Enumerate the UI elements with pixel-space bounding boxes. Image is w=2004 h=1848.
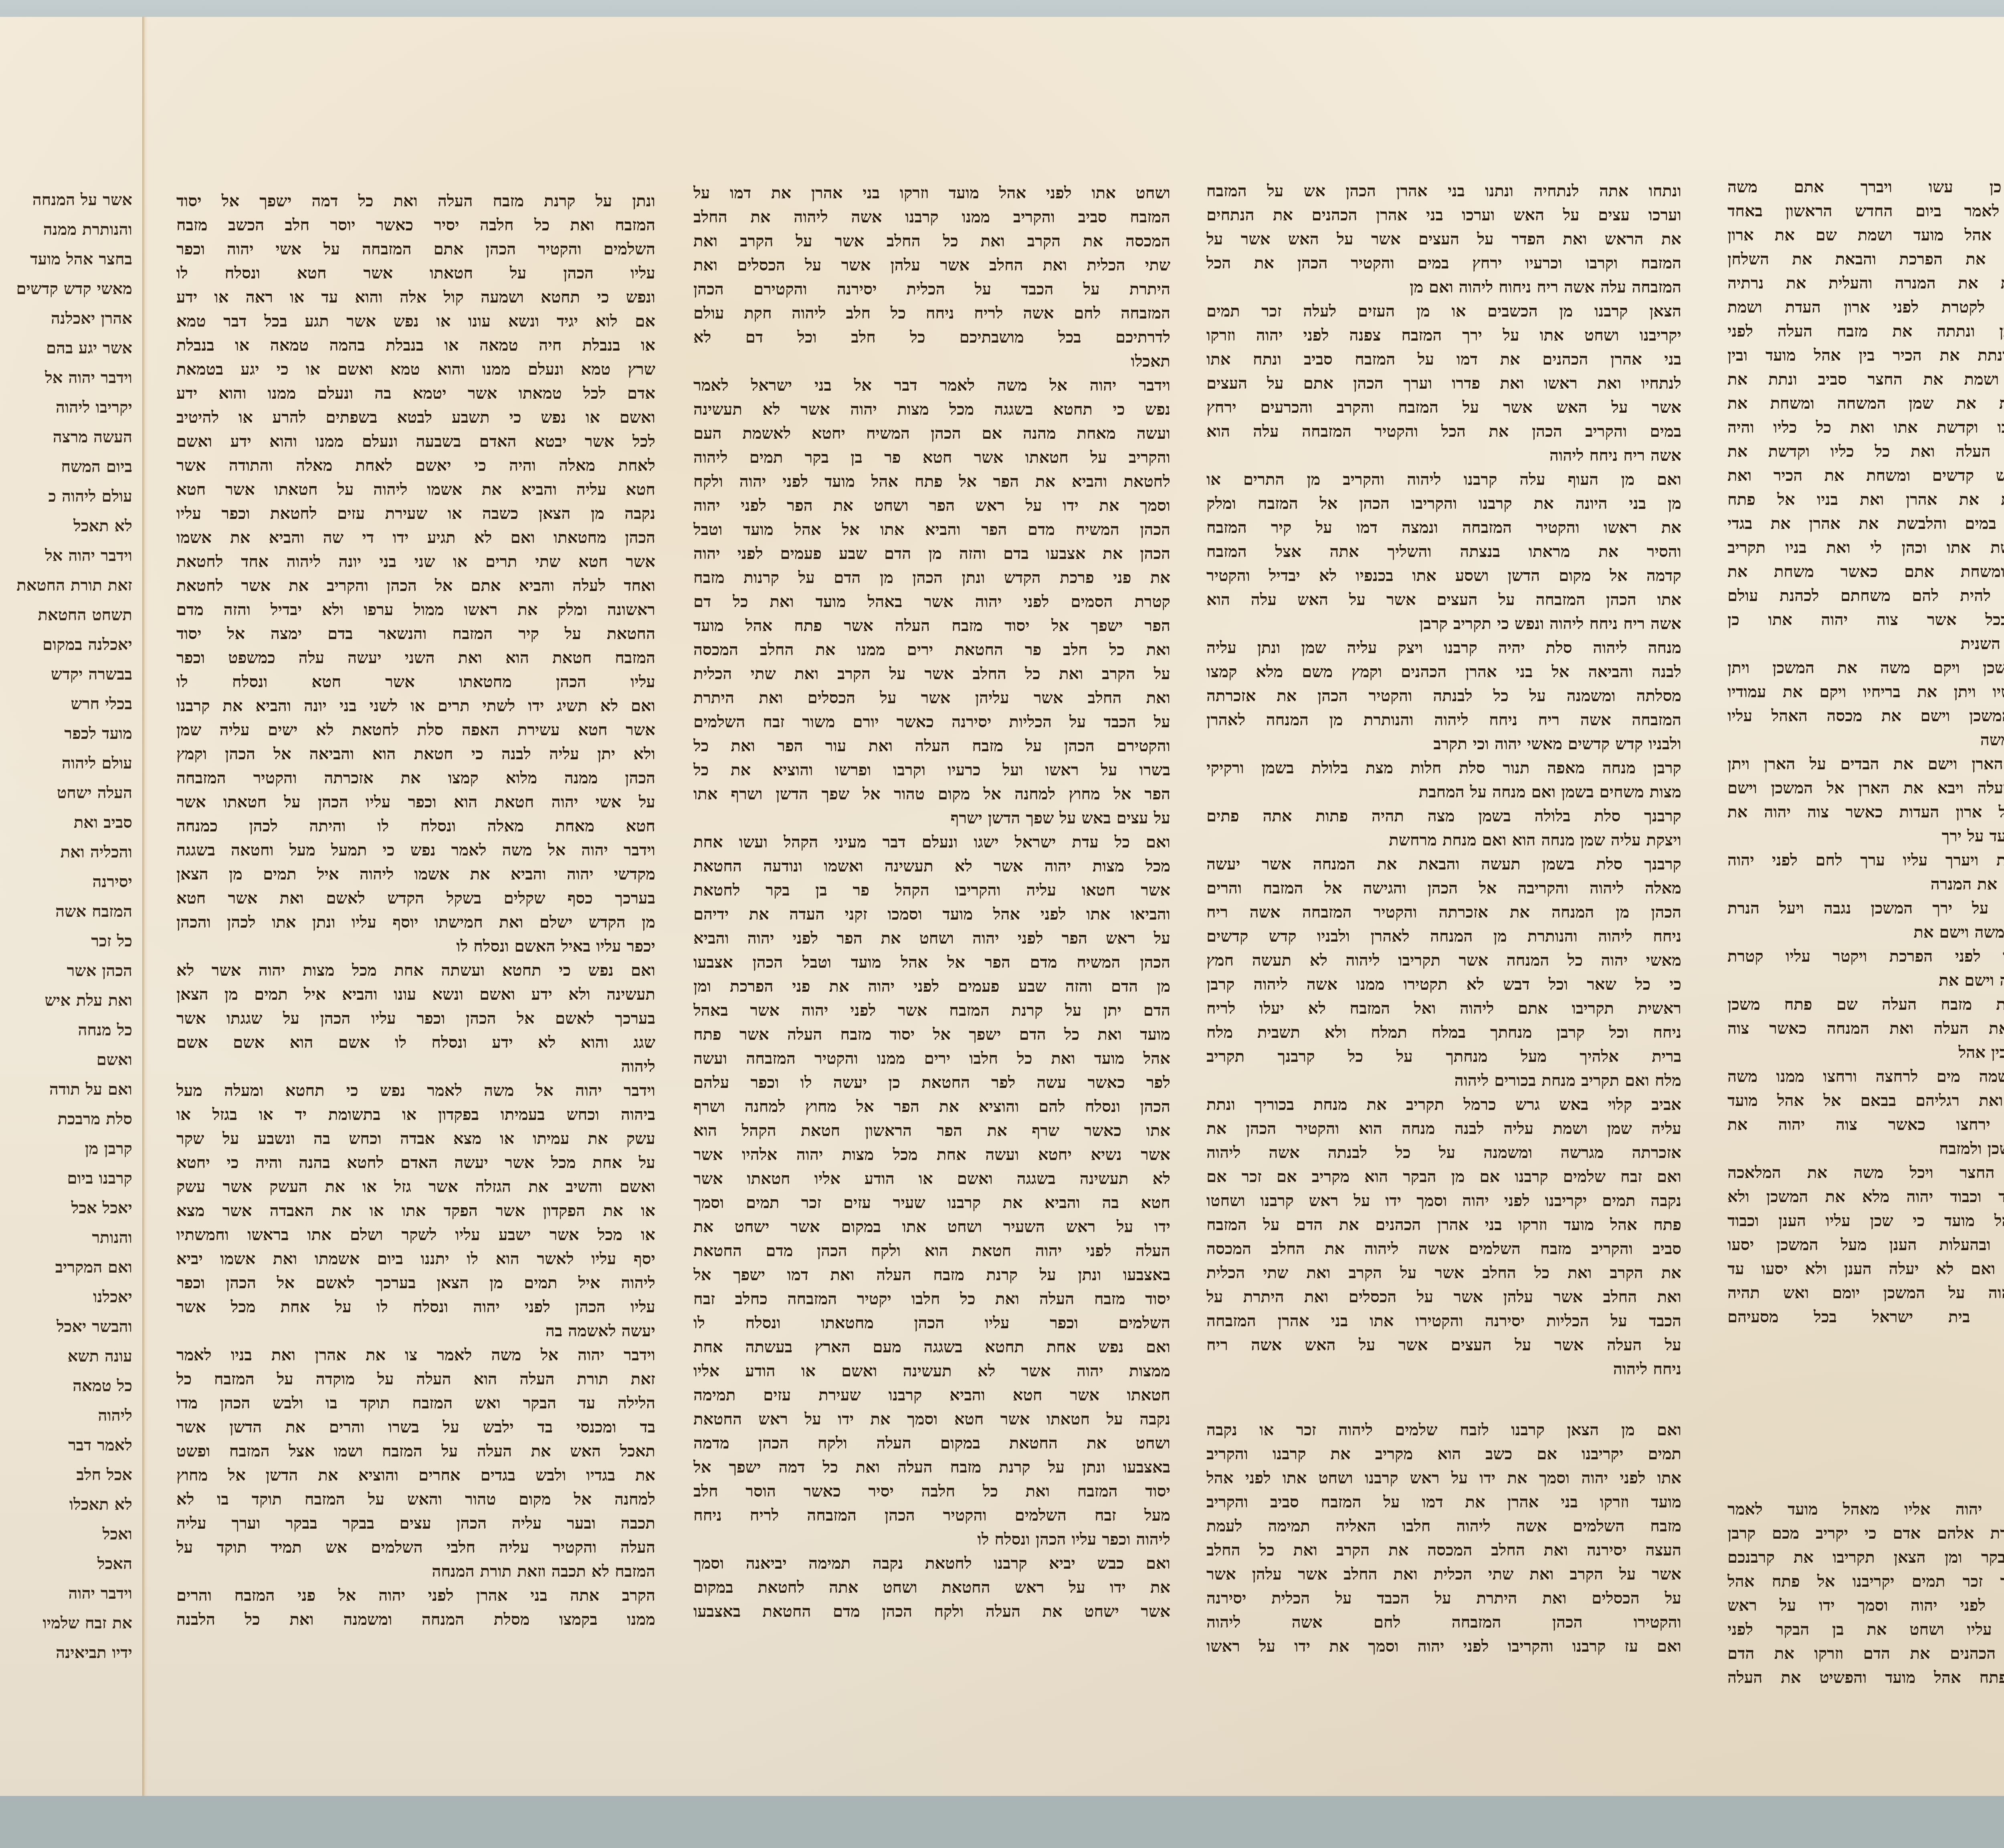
text-line: מאלה ליהוה והקריבה אל הכהן והגישה אל המז…	[1206, 876, 1681, 900]
text-line: סביב והקריב מזבח השלמים אשה ליהוה את החל…	[1206, 1237, 1681, 1261]
text-line: קרבנו ביום	[0, 1164, 132, 1193]
text-line: כל טמאה	[0, 1371, 132, 1401]
text-line: ואם לא תשיג ידו לשתי תרים או לשני בני יו…	[176, 694, 655, 718]
text-line: ואם עז קרבנו והקריבו לפני יהוה וסמך את י…	[1206, 1634, 1681, 1658]
text-line: על העלה אשר על העצים אשר על האש אשה ריח	[1206, 1333, 1681, 1357]
text-line: ואם המקריב	[0, 1253, 132, 1282]
text-line: את בגדיו ולבש בגדים אחרים והוציא את הדשן…	[176, 1463, 655, 1487]
column-text: כאשר צוה יהוה כן עשו ויברך אתם משהוידבר …	[1727, 175, 2004, 1698]
text-line: לחטאת והביא את הפר אל פתח אהל מועד לפני …	[693, 470, 1170, 494]
text-line: את ראשו והקטיר המזבחה ונמצה דמו על קיר ה…	[1206, 516, 1681, 540]
text-line: חטא בה והביא את קרבנו שעיר עזים זכר תמים…	[693, 1191, 1170, 1215]
text-line: יכל משה לבוא אל אהל מועד כי שכן עליו הענ…	[1727, 1209, 2004, 1233]
torah-scroll-parchment: אשר על המנחהוהנותרת ממנהבחצר אהל מועדמאש…	[0, 17, 2004, 1796]
text-line: המזבח ונתת שם מים ושמת את החצר סביב ונתת…	[1727, 367, 2004, 391]
text-line: עליו הכהן מחטאתו אשר חטא ונסלח לו	[176, 670, 655, 694]
text-line: ואם מן העוף עלה קרבנו ליהוה והקריב מן הת…	[1206, 468, 1681, 492]
text-line: או את הפקדון אשר הפקד אתו או את האבדה אש…	[176, 1199, 655, 1223]
text-line: ונתתה את מזבח הזהב לקטרת לפני ארון העדת …	[1727, 295, 2004, 319]
text-line: המזבח ואת כל חלבה יסיר כאשר יוסר חלב הכש…	[176, 213, 655, 237]
text-line: בחצר אהל מועד	[0, 244, 132, 274]
text-line: עולם ליהוה	[0, 748, 132, 778]
text-line: וערכו עצים על האש וערכו בני אהרן הכהנים …	[1206, 203, 1681, 227]
text-line: באחד לחדש הוקם המשכן ויקם משה את המשכן ו…	[1727, 656, 2004, 680]
text-line: ואחד לעלה והביא אתם אל הכהן והקריב את אש…	[176, 574, 655, 598]
text-line: ניחח ליהוה והנותרת מן המנחה לאהרן ולבניו…	[1206, 924, 1681, 948]
text-line: קרבן מן	[0, 1134, 132, 1164]
text-line: קדש ומשחת את מזבח העלה ואת כל כליו וקדשת…	[1727, 440, 2004, 464]
text-line: תמים יקריבנו אם כשב הוא מקריב את קרבנו ו…	[1206, 1442, 1681, 1466]
text-line: ונתן על קרנת מזבח העלה ואת כל דמה ישפך א…	[176, 189, 655, 213]
text-line: אשר חטא שתי תרים או שני בני יונה ליהוה א…	[176, 550, 655, 574]
text-line: נקבה תמים יקריבנו לפני יהוה וסמך ידו על …	[1206, 1189, 1681, 1213]
text-line: אהרן יאכלנה	[0, 304, 132, 333]
text-line: על הכסלים ואת היתרת על הכבד על הכלית יסי…	[1206, 1586, 1681, 1610]
text-line: פתח משכן אהל מועד ונתת את הכיר בין אהל מ…	[1727, 343, 2004, 367]
text-line: השלמים וכפר עליו הכהן מחטאתו ונסלח לו	[693, 1311, 1170, 1335]
text-line: אהל מועד ורחצת אתם במים והלבשת את אהרן א…	[1727, 512, 2004, 536]
book-break-gap	[1727, 1329, 2004, 1497]
text-line: לדרתיכם בכל מושבתיכם כל חלב וכל דם לא	[693, 325, 1170, 349]
text-line: על אשי יהוה חטאת הוא וכפר עליו הכהן על ח…	[176, 790, 655, 814]
text-line: על המזבח סביב אשר פתח אהל מועד והפשיט את…	[1727, 1666, 2004, 1690]
text-line: יאכל אכל	[0, 1193, 132, 1223]
text-line: על אחת מכל אשר יעשה האדם לחטא בהנה והיה …	[176, 1151, 655, 1175]
text-line: ויקרא אל משה וידבר יהוה אליו מאהל מועד ל…	[1727, 1497, 2004, 1521]
text-line: העצה יסירנה ואת החלב המכסה את הקרב ואת כ…	[1206, 1538, 1681, 1562]
text-line: מכל מצות יהוה אשר לא תעשינה ואשמו ונודעה…	[693, 854, 1170, 878]
text-line: את הראש ואת הפדר על העצים אשר על האש אשר…	[1206, 227, 1681, 251]
text-line: תעשינה ולא ידע ואשם ונשא עונו והביא איל …	[176, 983, 655, 1007]
text-line: אתו לפני יהוה וסמך את ידו על ראש קרבנו ו…	[1206, 1466, 1681, 1490]
background-wall-bottom	[0, 1792, 2004, 1848]
text-line: משה ויקם את החצר סביב למשכן ולמזבח	[1727, 1137, 2004, 1161]
text-line: יסוד המזבח ואת כל חלבה יסיר כאשר הוסר חל…	[693, 1479, 1170, 1503]
text-line: וידבר יהוה אל	[0, 363, 132, 393]
text-line: סמים כאשר צוה יהוה את משה וישם את	[1727, 968, 2004, 993]
text-line: חטא מאחת מאלה ונסלח לו והיתה לכהן כמנחה	[176, 814, 655, 838]
text-line: אהל מועד ויעל עליו את העלה ואת המנחה כאש…	[1727, 1017, 2004, 1041]
text-line: ויכס הענן את אהל מועד וכבוד יהוה מלא את …	[1727, 1185, 2004, 1209]
text-line: ליהוה	[176, 1055, 655, 1079]
text-line: אם עלה קרבנו מן הבקר זכר תמים יקריבנו אל…	[1727, 1570, 2004, 1594]
section-gap	[1206, 1381, 1681, 1418]
text-line: יהוה והקריבו בני אהרן הכהנים את הדם וזרק…	[1727, 1642, 2004, 1666]
text-line: מועד ואת כל הדם ישפך אל יסוד מזבח העלה א…	[693, 1023, 1170, 1047]
text-line: ואם על תודה	[0, 1075, 132, 1104]
text-line: אשר חטאו עליה והקריבו הקהל פר בן בקר לחט…	[693, 878, 1170, 902]
text-line: הכהן ממנה מלוא קמצו את אזכרתה והקטיר המז…	[176, 766, 655, 790]
text-line: קרבנך סלת בשמן תעשה והבאת את המנחה אשר י…	[1206, 852, 1681, 876]
text-line: והלבשת אתם כתנת ומשחת אתם כאשר משחת את	[1727, 560, 2004, 584]
text-line: העלה ישחט	[0, 778, 132, 808]
text-line: אם לוא יגיד ונשא עונו או נפש אשר תגע בכל…	[176, 309, 655, 333]
text-line: המזבחה עלה אשה ריח ניחוח ליהוה ואם מן	[1206, 275, 1681, 299]
text-line: קדמה אל מקום הדשן ושסע אתו בכנפיו לא יבד…	[1206, 564, 1681, 588]
text-line: ולבניו קדש קדשים מאשי יהוה וכי תקרב	[1206, 732, 1681, 756]
column-text: ונתן על קרנת מזבח העלה ואת כל דמה ישפך א…	[176, 189, 655, 1704]
text-line: עולם ליהוה כ	[0, 482, 132, 511]
text-line: העשה מרצה	[0, 422, 132, 452]
text-line: אביב קלוי באש גרש כרמל תקריב את מנחת בכו…	[1206, 1093, 1681, 1117]
text-line: כאשר צוה יהוה את משה וישם את המנרה	[1727, 872, 2004, 896]
text-line: שגג והוא לא ידע ונסלח לו אשם הוא אשם אשם	[176, 1031, 655, 1055]
text-line: והביאו אתו לפני אהל מועד וסמכו זקני העדה…	[693, 902, 1170, 926]
text-line: ואכל	[0, 1519, 132, 1549]
text-line: לפר כאשר עשה לפר החטאת כן יעשה לו וכפר ע…	[693, 1071, 1170, 1095]
text-line: ביהוה וכחש בעמיתו בפקדון או בתשומת יד או…	[176, 1103, 655, 1127]
text-line: עשה ויהי בחדש הראשון בשנה השנית	[1727, 632, 2004, 656]
text-line: יהוה מלא את המשכן ובהעלות הענן מעל המשכן…	[1727, 1233, 2004, 1257]
text-line: על הקרב ואת כל החלב אשר על הקרב ואת שתי …	[693, 662, 1170, 686]
text-line: מסלתה ומשמנה על כל לבנתה והקטיר הכהן את …	[1206, 684, 1681, 708]
text-line: משה ויתן את השלחן באהל מועד על ירך	[1727, 824, 2004, 848]
text-line: הלילה עד הבקר ואש המזבח תוקד בו ולבש הכה…	[176, 1391, 655, 1415]
text-line: ושחט אתו לפני אהל מועד וזרקו בני אהרן את…	[693, 181, 1170, 205]
text-line: את פרכת המסך ויסך על ארון העדות כאשר צוה…	[1727, 800, 2004, 824]
text-line: חטא עליה והביא את אשמו ליהוה על חטאתו אש…	[176, 478, 655, 502]
text-line: ואהרן ובניו את ידיהם ואת רגליהם בבאם אל …	[1727, 1089, 2004, 1113]
text-line: מקדשי יהוה והביא את אשמו ליהוה איל תמים …	[176, 862, 655, 886]
text-line: את ידו על ראש החטאת ושחט אתה לחטאת במקום	[693, 1576, 1170, 1600]
text-line: אכל חלב	[0, 1460, 132, 1490]
text-line: מאשי יהוה כל המנחה אשר תקריבו ליהוה לא ת…	[1206, 948, 1681, 972]
text-line: דבר אל בני ישראל ואמרת אלהם אדם כי יקריב…	[1727, 1521, 2004, 1545]
text-line: כל מנחה	[0, 1015, 132, 1045]
text-line: שתי הכלית ואת החלב אשר עלהן אשר על הכסלי…	[693, 253, 1170, 277]
text-line: ממצות יהוה אשר לא תעשינה ואשם או הודע אל…	[693, 1359, 1170, 1383]
text-line: המזבחה אשה ריח ניחח ליהוה והנותרת מן המנ…	[1206, 708, 1681, 732]
text-line: הכהן מחטאתו ואם לא תגיע ידו די שה והביא …	[176, 526, 655, 550]
text-line: את אדניו וישם את קרשיו ויתן את בריחיו וי…	[1727, 680, 2004, 704]
text-line: ונפש כי תחטא ושמעה קול אלה והוא עד או רא…	[176, 285, 655, 309]
text-line: וערכת את ערכו והבאת את המנרה והעלית את נ…	[1727, 271, 2004, 295]
text-line: אשר על הקרב ואת שתי הכלית ואת החלב אשר ע…	[1206, 1562, 1681, 1586]
text-line: אשר חטא עשירת האפה סלת לחטאת לא ישים עלי…	[176, 718, 655, 742]
text-line: הכהן מן המנחה את אזכרתה והקטיר המזבחה אש…	[1206, 900, 1681, 924]
text-line: ויפרש את האהל על המשכן וישם את מכסה האהל…	[1727, 704, 2004, 728]
text-line: הכהן המשיח מדם הפר והביא אתו אל אהל מועד…	[693, 518, 1170, 542]
text-line: אשה ריח ניחח ליהוה	[1206, 444, 1681, 468]
text-line: וידבר יהוה אל משה לאמר צו את אהרן ואת בנ…	[176, 1343, 655, 1367]
text-line: מועד לכפר	[0, 719, 132, 748]
text-line: יאכלנה במקום	[0, 630, 132, 660]
text-line: יקריבנו ושחט אתו על ירך המזבח צפנה לפני …	[1206, 323, 1681, 347]
text-line: הכהן המשיח מדם הפר אל אהל מועד וטבל הכהן…	[693, 950, 1170, 974]
column-far-left-partial: אשר על המנחהוהנותרת ממנהבחצר אהל מועדמאש…	[0, 185, 132, 1700]
text-line: בשרו על ראשו ועל כרעיו וקרבו ופרשו והוצי…	[693, 758, 1170, 782]
text-line: יסירנה	[0, 867, 132, 897]
text-line: מן הקדש ישלם ואת חמישתו יוסף עליו ונתן א…	[176, 910, 655, 934]
text-line: מן הדם והזה שבע פעמים לפני יהוה את פני ה…	[693, 974, 1170, 999]
text-line: כל זכר	[0, 926, 132, 956]
text-line: המזבח והיה המזבח קדש קדשים ומשחת את הכיר…	[1727, 464, 2004, 488]
text-line: יום העלתו כי ענן יהוה על המשכן יומם ואש …	[1727, 1281, 2004, 1305]
text-line: לאחת מאלה והיה כי יאשם לאחת מאלה והתודה …	[176, 454, 655, 478]
text-line: ניחח ליהוה	[1206, 1357, 1681, 1381]
text-line: בני אהרן הכהנים את דמו על המזבח סביב ונת…	[1206, 347, 1681, 371]
text-line: מועד יקריב אתו לרצנו לפני יהוה וסמך ידו …	[1727, 1594, 2004, 1618]
text-line: מועד ובין המזבח ויתן שמה מים לרחצה ורחצו…	[1727, 1065, 2004, 1089]
text-line: והסיר את מראתו בנצתה והשליך אתה אצל המזב…	[1206, 540, 1681, 564]
text-line: וידבר יהוה	[0, 1579, 132, 1608]
text-line: זאת תורת החטאת	[0, 571, 132, 600]
text-line: אדם לכל טמאתו אשר יטמא בה ונעלם ממנו והו…	[176, 381, 655, 406]
text-line: המזבח חטאת הוא ואת השני יעשה עלה כמשפט ו…	[176, 646, 655, 670]
text-line: ואם כל עדת ישראל ישגו ונעלם דבר מעיני הק…	[693, 830, 1170, 854]
text-line: ואשם והשיב את הגזלה אשר גזל או את העשק א…	[176, 1175, 655, 1199]
text-line: ליהוה איל תמים מן הצאן בערכך לאשם אל הכה…	[176, 1271, 655, 1295]
text-line: מאשי קדש קדשים	[0, 274, 132, 304]
text-line: קטרת הסמים לפני יהוה אשר באהל מועד ואת כ…	[693, 590, 1170, 614]
text-line: לא תאכל	[0, 511, 132, 541]
text-line: הדם יתן על קרנת המזבח אשר לפני יהוה אשר …	[693, 999, 1170, 1023]
text-line: ובקרבתם אל המזבח ירחצו כאשר צוה יהוה את	[1727, 1113, 2004, 1137]
text-line: אהל מועד ואת כל חלבו ירים ממנו והקטיר המ…	[693, 1047, 1170, 1071]
text-line: המזבח לא תכבה וזאת תורת המנחה	[176, 1560, 655, 1584]
text-line: ויתן את מסך שער החצר ויכל משה את המלאכה	[1727, 1161, 2004, 1185]
text-line: שרץ טמא ונעלם ממנו והוא טמא ואשם או כי י…	[176, 357, 655, 381]
text-line: מן בני היונה את קרבנו והקריבו הכהן אל המ…	[1206, 492, 1681, 516]
text-line: ויצקת עליה שמן מנחה הוא ואם מנחת מרחשת	[1206, 828, 1681, 852]
text-line: נקבה על חטאתו אשר חטא וסמך את ידו על ראש…	[693, 1407, 1170, 1431]
text-line: לילה בו לעיני כל בית ישראל בכל מסעיהם	[1727, 1305, 2004, 1329]
text-line: ליהוה וכפר עליו הכהן ונסלח לו	[693, 1527, 1170, 1551]
text-line: העלה ונרצה לו לכפר עליו ושחט את בן הבקר …	[1727, 1618, 2004, 1642]
text-line: יסוד מזבח העלה ואת כל חלבו יקטיר המזבחה …	[693, 1287, 1170, 1311]
text-line: את הקרב ואת כל החלב אשר על הקרב ואת שתי …	[1206, 1261, 1681, 1285]
text-line: יהוה את משה וישם את הכיר בין אהל	[1727, 1041, 2004, 1065]
text-line: המזבח סביב והקריב ממנו קרבנו אשה ליהוה א…	[693, 205, 1170, 229]
text-line: לאמר דבר	[0, 1430, 132, 1460]
text-line: ידו על ראש השעיר ושחט אתו במקום אשר ישחט…	[693, 1215, 1170, 1239]
text-line: את מסך הפתח למשכן ונתתה את מזבח העלה לפנ…	[1727, 319, 2004, 343]
text-line: ונתחו אתה לנתחיה ונתנו בני אהרן הכהן אש …	[1206, 179, 1681, 203]
text-line: הכהן אשר	[0, 956, 132, 986]
text-line: את זבח שלמיו	[0, 1608, 132, 1638]
text-line: באהל מועד נכח השלחן על ירך המשכן נגבה וי…	[1727, 896, 2004, 920]
text-line: אתו כאשר שרף את הפר הראשון חטאת הקהל הוא	[693, 1119, 1170, 1143]
text-line: בערכך כסף שקלים בשקל הקדש לאשם ואת אשר ח…	[176, 886, 655, 910]
text-line: תשחט החטאת	[0, 600, 132, 630]
text-line: הצאן קרבנו מן הכשבים או מן העזים לעלה זכ…	[1206, 299, 1681, 323]
text-line: ואשם	[0, 1045, 132, 1075]
text-line: כאשר צוה יהוה כן עשו ויברך אתם משה	[1727, 175, 2004, 199]
text-line: ואת כל חלב פר החטאת ירים ממנו את החלב המ…	[693, 638, 1170, 662]
column-text: ושחט אתו לפני אהל מועד וזרקו בני אהרן את…	[693, 181, 1170, 1704]
text-line: אשר ישחט את העלה ולקח הכהן מדם החטאת באצ…	[693, 1600, 1170, 1624]
text-line: ידיו תביאינה	[0, 1638, 132, 1668]
text-line: ליהוה	[0, 1401, 132, 1430]
text-line: מצות משחים בשמן ואם מנחה על המחבת	[1206, 780, 1681, 804]
text-line: אזכרתה מגרשה ומשמנה על כל לבנתה אשה ליהו…	[1206, 1141, 1681, 1165]
text-line: מעל זבח השלמים והקטיר הכהן המזבחה לריח נ…	[693, 1503, 1170, 1527]
text-line: למחנה אל מקום טהור והאש על המזבח תוקד בו…	[176, 1487, 655, 1511]
text-line: ניחח וכל קרבן מנחתך במלח תמלח ולא תשבית …	[1206, 1021, 1681, 1045]
text-line: וידבר יהוה אל משה לאמר נפש כי תחטא ומעלה…	[176, 1079, 655, 1103]
text-line: לא תאכלו	[0, 1490, 132, 1519]
text-line: נפש כי תחטא בשגגה מכל מצות יהוה אשר לא ת…	[693, 397, 1170, 422]
text-line: אשר על האש אשר על המזבח והקרב והכרעים יר…	[1206, 395, 1681, 420]
text-line: עליו הכהן על חטאתו אשר חטא ונסלח לו	[176, 261, 655, 285]
text-line: חטאתו אשר חטא והביא קרבנו שעירת עזים תמי…	[693, 1383, 1170, 1407]
text-line: מנחה ליהוה סלת יהיה קרבנו ויצק עליה שמן …	[1206, 636, 1681, 660]
text-line: היתרת על הכבד על הכלית יסירנה והקטירם הכ…	[693, 277, 1170, 301]
text-line: את הכפרת על הארן מלמעלה ויבא את הארן אל …	[1727, 776, 2004, 800]
text-line: מסך הפתח למשכן ואת מזבח העלה שם פתח משכן	[1727, 993, 2004, 1017]
text-line: ראשית תקריבו אתם ליהוה ואל המזבח לא יעלו…	[1206, 997, 1681, 1021]
text-line: לא תעשינה בשגגה ואשם או הודע אליו חטאתו …	[693, 1167, 1170, 1191]
text-line: ממנו בקמצו מסלת המנחה ומשמנה ואת כל הלבנ…	[176, 1608, 655, 1632]
text-line: את פני פרכת הקדש ונתן הכהן מן הדם על קרנ…	[693, 566, 1170, 590]
text-line: העלה לפני יהוה חטאת הוא ולקח הכהן מדם הח…	[693, 1239, 1170, 1263]
text-line: זאת תורת העלה הוא העלה על מוקדה על המזבח…	[176, 1367, 655, 1391]
text-line: ועשה מאחת מהנה אם הכהן המשיח יחטא לאשמת …	[693, 422, 1170, 446]
text-line: הפר ישפך אל יסוד מזבח העלה אשר פתח אהל מ…	[693, 614, 1170, 638]
text-line: מלמעלה כאשר צוה יהוה את משה	[1727, 728, 2004, 752]
text-line: קרבן מנחה מאפה תנור סלת חלות מצת בלולת ב…	[1206, 756, 1681, 780]
text-line: על הכבד על הכליות יסירנה כאשר יורם משור …	[693, 710, 1170, 734]
text-line: אשה ריח ניחח ליהוה ונפש כי תקריב קרבן	[1206, 612, 1681, 636]
text-line: ליהוה מן הבהמה מן הבקר ומן הצאן תקריבו א…	[1727, 1545, 2004, 1570]
text-line: תאכל האש את העלה על המזבח ושמו אצל המזבח…	[176, 1439, 655, 1463]
text-line: הכבד על הכליות יסירנה והקטירו אתו בני אה…	[1206, 1309, 1681, 1333]
text-line: סלת מרבכת	[0, 1104, 132, 1134]
text-line: העדות וסכת על הארן את הפרכת והבאת את השל…	[1727, 247, 2004, 271]
text-line: וסמך את ידו על ראש הפר ושחט את הפר לפני …	[693, 494, 1170, 518]
text-line: המשכן ואת כל אשר בו וקדשת אתו ואת כל כלי…	[1727, 416, 2004, 440]
text-line: וידבר יהוה אל משה לאמר ביום החדש הראשון …	[1727, 199, 2004, 223]
text-line: כי כל שאר וכל דבש לא תקטירו ממנו אשה ליה…	[1206, 972, 1681, 997]
text-line: והקטירם הכהן על מזבח העלה ואת עור הפר וא…	[693, 734, 1170, 758]
text-line: מזבח השלמים אשה ליהוה חלבו האליה תמימה ל…	[1206, 1514, 1681, 1538]
text-line: החטאת על קיר המזבח והנשאר בדם ימצה אל יס…	[176, 622, 655, 646]
text-line: לחדש תקים את משכן אהל מועד ושמת שם את אר…	[1727, 223, 2004, 247]
text-line: פתח אהל מועד וזרקו בני אהרן הכהנים את הד…	[1206, 1213, 1681, 1237]
text-line: ושחט את החטאת במקום העלה ולקח הכהן מדמה	[693, 1431, 1170, 1455]
text-line: מלח ואם תקריב מנחת בכורים ליהוה	[1206, 1069, 1681, 1093]
text-line: מסך שער החצר ולקחת את שמן המשחה ומשחת את	[1727, 391, 2004, 416]
text-line: וידבר יהוה אל	[0, 541, 132, 571]
text-line: הקדש ומשחת אתו וקדשת אתו וכהן לי ואת בני…	[1727, 536, 2004, 560]
text-line: אשר על המנחה	[0, 185, 132, 215]
text-line: ואם נפש כי תחטא ועשתה אחת מכל מצות יהוה …	[176, 958, 655, 983]
text-line: אשר יגע בהם	[0, 333, 132, 363]
text-line: יסף עליו לאשר הוא לו יתננו ביום אשמתו וא…	[176, 1247, 655, 1271]
text-line: או מכל אשר ישבע עליו לשקר ושלם אתו בראשו…	[176, 1223, 655, 1247]
text-line: נקבה מן הצאן כשבה או שעירת עזים לחטאת וכ…	[176, 502, 655, 526]
text-line: האכל	[0, 1549, 132, 1579]
text-line: ואם נפש אחת תחטא בשגגה מעם הארץ בעשתה אח…	[693, 1335, 1170, 1359]
text-line: המשכן צפנה מחוץ לפרכת ויערך עליו ערך לחם…	[1727, 848, 2004, 872]
text-line: והקריב על חטאתו אשר חטא פר בן בקר תמים ל…	[693, 446, 1170, 470]
column-text: ונתחו אתה לנתחיה ונתנו בני אהרן הכהן אש …	[1206, 179, 1681, 1702]
text-line: על ראש הפר לפני יהוה ושחט את הפר לפני יה…	[693, 926, 1170, 950]
text-line: אתו הכהן המזבחה על העצים אשר על האש עלה …	[1206, 588, 1681, 612]
text-line: הפר אל מחוץ למחנה אל מקום טהור אל שפך הד…	[693, 782, 1170, 806]
text-line: יאכלנו	[0, 1282, 132, 1312]
text-line: לפני יהוה כאשר צוה יהוה את משה וישם את	[1727, 920, 2004, 944]
text-line: לבנה והביאה אל בני אהרן הכהנים וקמץ משם …	[1206, 660, 1681, 684]
text-line: יקריבו ליהוה	[0, 393, 132, 422]
text-line: אביהם וכהנו לי והיתה להית להם משחתם לכהנ…	[1727, 584, 2004, 608]
text-line: לנתחיו ואת ראשו ואת פדרו וערך הכהן אתם ע…	[1206, 371, 1681, 395]
text-line: והנותר	[0, 1223, 132, 1253]
text-line: באצבעו ונתן על קרנת מזבח העלה ואת דמו יש…	[693, 1263, 1170, 1287]
text-line: וידבר יהוה אל משה לאמר נפש כי תמעל מעל ו…	[176, 838, 655, 862]
text-line: קרבנך סלת בלולה בשמן מצה תהיה פתות אתה פ…	[1206, 804, 1681, 828]
text-line: עשק את עמיתו או מצא אבדה וכחש בה ונשבע ע…	[176, 1127, 655, 1151]
text-line: ואם זבח שלמים קרבנו אם מן הבקר הוא מקריב…	[1206, 1165, 1681, 1189]
text-line: והכליה ואת	[0, 837, 132, 867]
text-line: השלמים והקטיר הכהן אתם המזבחה על אשי יהו…	[176, 237, 655, 261]
text-line: מזבח הזהב באהל מועד לפני הפרכת ויקטר עלי…	[1727, 944, 2004, 968]
text-line: על עצים באש על שפך הדשן ישרף	[693, 806, 1170, 830]
text-line: אשר נשיא יחטא ועשה אחת מכל מצות יהוה אלה…	[693, 1143, 1170, 1167]
text-line: באצבעו ונתן על קרנת מזבח העלה ואת כל דמה…	[693, 1455, 1170, 1479]
text-line: המזבח אשה	[0, 897, 132, 926]
text-line: עונה תשא	[0, 1342, 132, 1371]
text-line: יכפר עליו באיל האשם ונסלח לו	[176, 934, 655, 958]
text-line: יעשה לאשמה בה	[176, 1319, 655, 1343]
text-line: הקרב אתה בני אהרן לפני יהוה אל פני המזבח…	[176, 1584, 655, 1608]
text-line: והבשר יאכל	[0, 1312, 132, 1342]
text-line: המזבחה לחם אשה לריח ניחח כל חלב ליהוה חק…	[693, 301, 1170, 325]
text-line: מועד וזרקו בני אהרן את דמו על המזבח סביב…	[1206, 1490, 1681, 1514]
text-line: ואם כבש יביא קרבנו לחטאת נקבה תמימה יביא…	[693, 1551, 1170, 1576]
text-line: ולא יתן עליה לבנה כי חטאת הוא והביאה אל …	[176, 742, 655, 766]
text-line: ואשם או נפש כי תשבע לבטא בשפתים להרע או …	[176, 406, 655, 430]
text-line: עליה שמן ושמת עליה לבנה מנחה הוא והקטיר …	[1206, 1117, 1681, 1141]
text-line: תאכלו	[693, 349, 1170, 373]
text-line: ואם מן הצאן קרבנו לזבח שלמים ליהוה זכר א…	[1206, 1418, 1681, 1442]
text-line: במים והקריב הכהן את הכל והקטיר המזבחה על…	[1206, 420, 1681, 444]
text-line: העלה והקטיר עליה חלבי השלמים אש תמיד תוק…	[176, 1535, 655, 1560]
text-line: או בנבלת חיה טמאה או בנבלת בהמה טמאה או …	[176, 333, 655, 357]
text-line: והנותרת ממנה	[0, 215, 132, 244]
text-line: בבשרה יקדש	[0, 660, 132, 689]
text-line: הכהן את אצבעו בדם והזה מן הדם שבע פעמים …	[693, 542, 1170, 566]
text-line: סביב ואת	[0, 808, 132, 837]
text-line: בני ישראל בכל מסעיהם ואם לא יעלה הענן ול…	[1727, 1257, 2004, 1281]
text-line: ביום המשח	[0, 452, 132, 482]
text-line: עליו הכהן לפני יהוה ונסלח לו על אחת מכל …	[176, 1295, 655, 1319]
text-line: ראשונה ומלק את ראשו ממול ערפו ולא יבדיל …	[176, 598, 655, 622]
text-line: כנו וקדשת אתו והקרבת את אהרן ואת בניו אל…	[1727, 488, 2004, 512]
text-line: לכל אשר יבטא האדם בשבעה ונעלם ממנו והוא …	[176, 430, 655, 454]
text-line: וידבר יהוה אל משה לאמר דבר אל בני ישראל …	[693, 373, 1170, 397]
text-line: בערכך לאשם אל הכהן וכפר עליו הכהן על שגג…	[176, 1007, 655, 1031]
sheet-seam-left	[142, 17, 148, 1796]
text-line: ואת עלת איש	[0, 986, 132, 1015]
text-line: תכבה ובער עליה הכהן עצים בבקר בבקר וערך …	[176, 1511, 655, 1535]
text-line: המכסה את הקרב ואת כל החלב אשר על הקרב וא…	[693, 229, 1170, 253]
text-line: הכהן ונסלח להם והוציא את הפר אל מחוץ למח…	[693, 1095, 1170, 1119]
text-line: לדרתם ויעש משה ככל אשר צוה יהוה אתו כן	[1727, 608, 2004, 632]
text-line: ברית אלהיך מעל מנחתך על כל קרבנך תקריב	[1206, 1045, 1681, 1069]
text-line: המזבח וקרבו וכרעיו ירחץ במים והקטיר הכהן…	[1206, 251, 1681, 275]
text-line: בד ומכנסי בד ילבש על בשרו והרים את הדשן …	[176, 1415, 655, 1439]
text-line: והקטירו הכהן המזבחה לחם אשה ליהוה	[1206, 1610, 1681, 1634]
text-line: בכלי חרש	[0, 689, 132, 719]
text-line: ויקח ויתן את העדת אל הארן וישם את הבדים …	[1727, 752, 2004, 776]
text-line: ואת החלב אשר עלהן אשר על הכסלים ואת היתר…	[1206, 1285, 1681, 1309]
text-line: ואת החלב אשר עליהן אשר על הכסלים ואת הית…	[693, 686, 1170, 710]
